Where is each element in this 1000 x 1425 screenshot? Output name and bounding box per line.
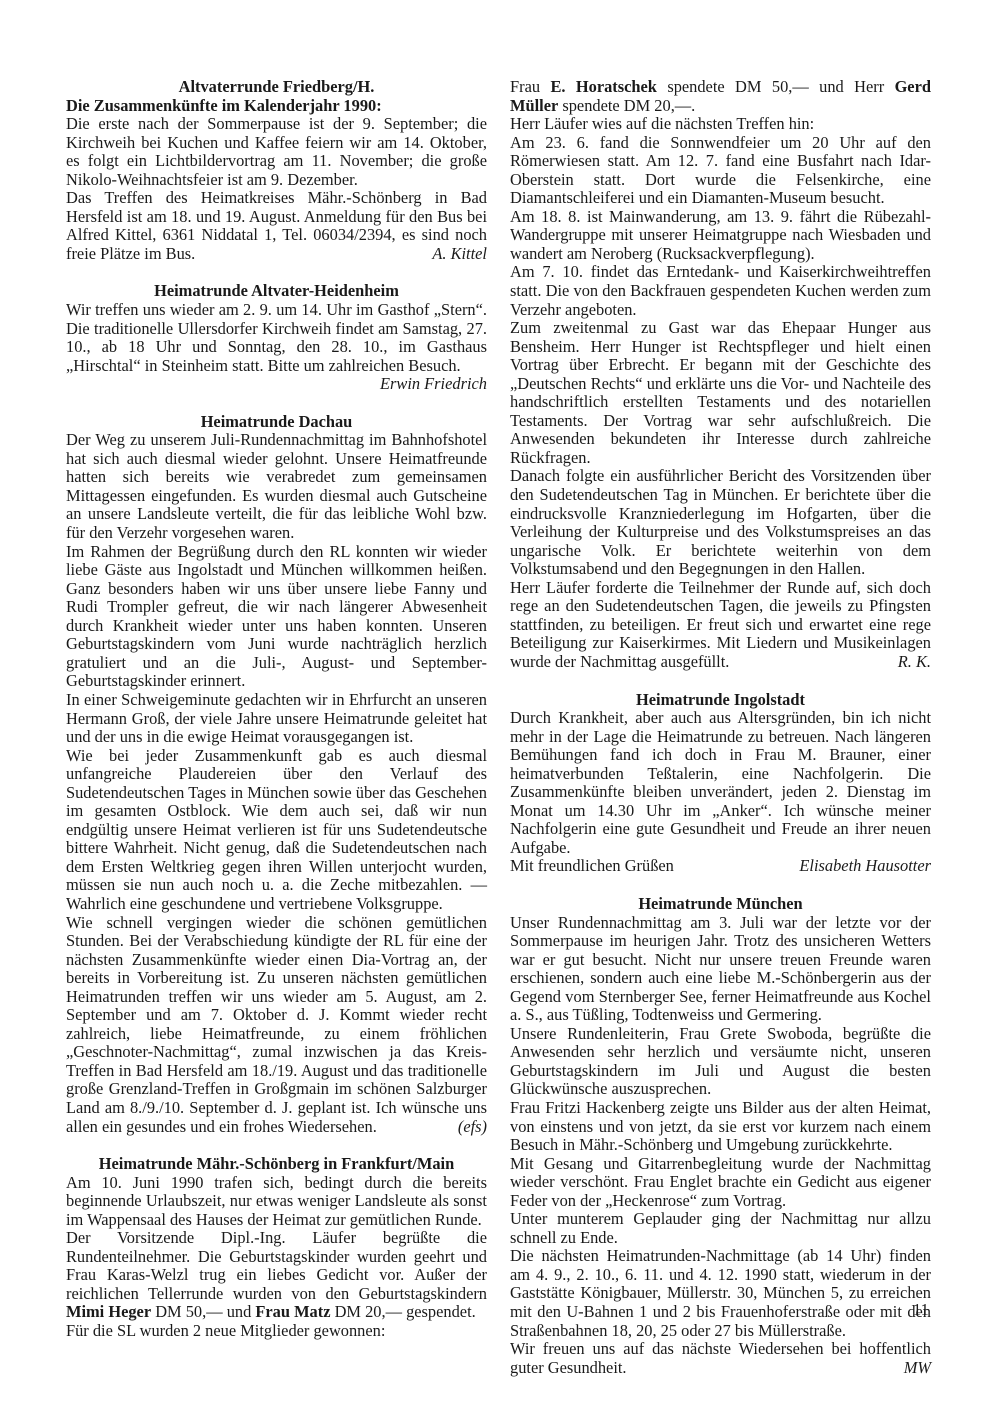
- author-signature: (efs): [458, 1118, 487, 1137]
- paragraph: Herr Läufer wies auf die nächsten Treffe…: [510, 115, 931, 134]
- paragraph-text: Herr Läufer forderte die Teilnehmer der …: [510, 578, 931, 671]
- donor-name: Frau Matz: [255, 1302, 330, 1321]
- paragraph-text: Das Treffen des Heimatkreises Mähr.-Schö…: [66, 188, 487, 263]
- paragraph: Unsere Rundenleiterin, Frau Grete Swobod…: [510, 1025, 931, 1099]
- paragraph: Zum zweitenmal zu Gast war das Ehepaar H…: [510, 319, 931, 467]
- paragraph-text: Wir freuen uns auf das nächste Wiederseh…: [510, 1339, 931, 1377]
- paragraph-text: Wie schnell vergingen wieder die schönen…: [66, 913, 487, 1136]
- section-heading: Heimatrunde Dachau: [66, 413, 487, 432]
- paragraph: Unter munterem Geplauder ging der Nachmi…: [510, 1210, 931, 1247]
- section-heading: Altvaterrunde Friedberg/H.: [66, 78, 487, 97]
- paragraph: Mit Gesang und Gitarrenbegleitung wurde …: [510, 1155, 931, 1211]
- paragraph-text: DM 20,— gespendet.: [331, 1302, 476, 1321]
- paragraph: Am 7. 10. findet das Erntedank- und Kais…: [510, 263, 931, 319]
- paragraph: Die erste nach der Sommerpause ist der 9…: [66, 115, 487, 189]
- paragraph: Für die SL wurden 2 neue Mitglieder gewo…: [66, 1322, 487, 1341]
- closing-line: Mit freundlichen GrüßenElisabeth Hausott…: [510, 857, 931, 876]
- paragraph: Durch Krankheit, aber auch aus Altersgrü…: [510, 709, 931, 857]
- paragraph: Herr Läufer forderte die Teilnehmer der …: [510, 579, 931, 672]
- author-signature: A. Kittel: [432, 245, 487, 264]
- section-altvaterrunde-friedberg: Altvaterrunde Friedberg/H. Die Zusammenk…: [66, 78, 487, 263]
- section-heimatrunde-dachau: Heimatrunde Dachau Der Weg zu unserem Ju…: [66, 413, 487, 1136]
- paragraph-text: Frau: [510, 77, 550, 96]
- paragraph: Wir freuen uns auf das nächste Wiederseh…: [510, 1340, 931, 1377]
- paragraph: Wir treffen uns wieder am 2. 9. um 14. U…: [66, 301, 487, 375]
- section-heimatrunde-muenchen: Heimatrunde München Unser Rundennachmitt…: [510, 895, 931, 1377]
- paragraph-text: DM 50,— und: [151, 1302, 255, 1321]
- right-column: Frau E. Horatschek spendete DM 50,— und …: [510, 78, 931, 1377]
- paragraph: Das Treffen des Heimatkreises Mähr.-Schö…: [66, 189, 487, 263]
- paragraph-text: spendete DM 50,— und Herr: [657, 77, 895, 96]
- paragraph: In einer Schweigeminute gedachten wir in…: [66, 691, 487, 747]
- section-heading: Heimatrunde Altvater-Heidenheim: [66, 282, 487, 301]
- author-signature: MW: [904, 1359, 931, 1378]
- closing-text: Mit freundlichen Grüßen: [510, 857, 674, 876]
- paragraph: Frau Fritzi Hackenberg zeigte uns Bilder…: [510, 1099, 931, 1155]
- donor-name: Mimi Heger: [66, 1302, 151, 1321]
- donor-name: E. Horatschek: [550, 77, 656, 96]
- author-signature: Elisabeth Hausotter: [799, 857, 931, 876]
- page-number: 11: [913, 1300, 929, 1320]
- section-subheading: Die Zusammenkünfte im Kalenderjahr 1990:: [66, 97, 487, 116]
- section-heading: Heimatrunde Mähr.-Schönberg in Frankfurt…: [66, 1155, 487, 1174]
- section-heimatrunde-maehr-schoenberg-frankfurt: Heimatrunde Mähr.-Schönberg in Frankfurt…: [66, 1155, 487, 1340]
- paragraph: Im Rahmen der Begrüßung durch den RL kon…: [66, 543, 487, 691]
- section-frankfurt-continued: Frau E. Horatschek spendete DM 50,— und …: [510, 78, 931, 672]
- section-heimatrunde-ingolstadt: Heimatrunde Ingolstadt Durch Krankheit, …: [510, 691, 931, 876]
- paragraph: Die nächsten Heimatrunden-Nachmittage (a…: [510, 1247, 931, 1340]
- author-signature: Erwin Friedrich: [66, 375, 487, 394]
- paragraph-text: Der Vorsitzende Dipl.-Ing. Läufer begrüß…: [66, 1228, 487, 1303]
- paragraph: Am 10. Juni 1990 trafen sich, bedingt du…: [66, 1174, 487, 1230]
- section-heading: Heimatrunde Ingolstadt: [510, 691, 931, 710]
- paragraph: Unser Rundennachmittag am 3. Juli war de…: [510, 914, 931, 1025]
- paragraph: Wie schnell vergingen wieder die schönen…: [66, 914, 487, 1137]
- paragraph: Am 18. 8. ist Mainwanderung, am 13. 9. f…: [510, 208, 931, 264]
- paragraph-text: spendete DM 20,—.: [558, 96, 695, 115]
- paragraph: Wie bei jeder Zusammenkunft gab es auch …: [66, 747, 487, 914]
- left-column: Altvaterrunde Friedberg/H. Die Zusammenk…: [66, 78, 487, 1341]
- section-heimatrunde-altvater-heidenheim: Heimatrunde Altvater-Heidenheim Wir tref…: [66, 282, 487, 393]
- author-signature: R. K.: [898, 653, 931, 672]
- paragraph: Am 23. 6. fand die Sonnwendfeier um 20 U…: [510, 134, 931, 208]
- paragraph: Der Vorsitzende Dipl.-Ing. Läufer begrüß…: [66, 1229, 487, 1322]
- paragraph: Frau E. Horatschek spendete DM 50,— und …: [510, 78, 931, 115]
- section-heading: Heimatrunde München: [510, 895, 931, 914]
- paragraph: Danach folgte ein ausführlicher Bericht …: [510, 467, 931, 578]
- paragraph: Der Weg zu unserem Juli-Rundennachmittag…: [66, 431, 487, 542]
